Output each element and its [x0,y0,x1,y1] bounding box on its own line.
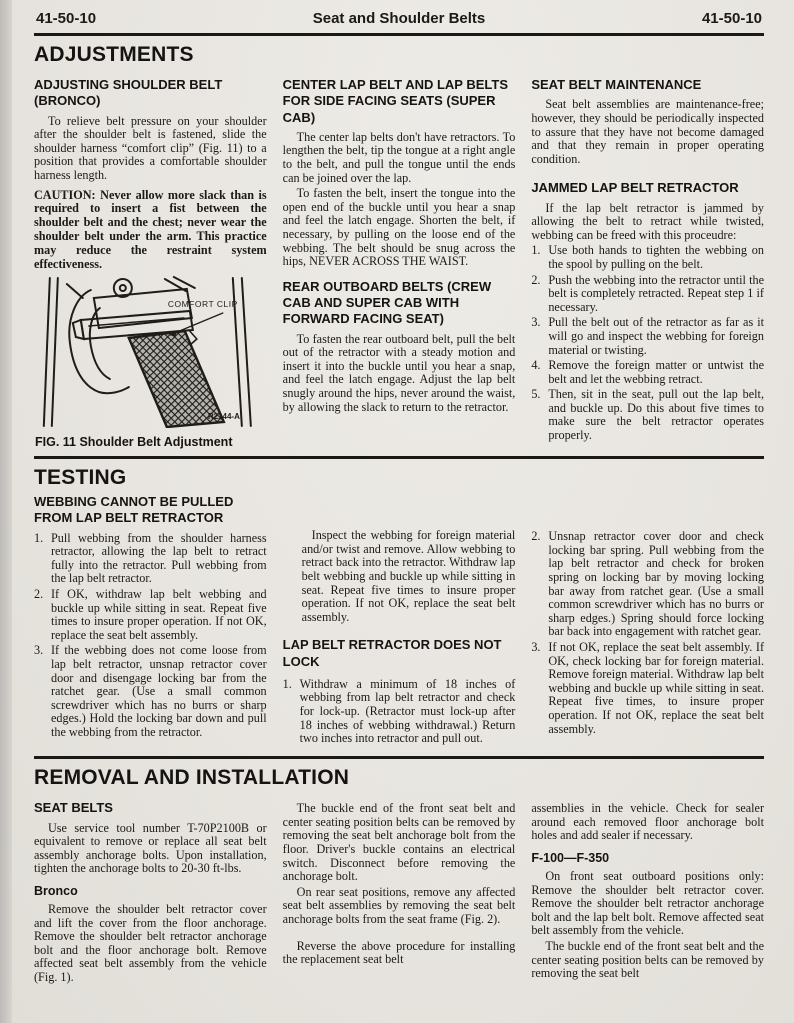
shoulder-belt-diagram: COMFORT CLIP R2144-A [34,276,267,428]
list-text: If OK, withdraw lap belt webbing and buc… [51,588,267,642]
list-number: 3. [34,644,51,739]
list-number: 1. [283,678,300,746]
door-pillar-left [44,278,50,426]
body-paragraph: If the lap belt retractor is jammed by a… [531,202,764,243]
section-title-removal: REMOVAL AND INSTALLATION [34,766,764,789]
header-rule [34,33,764,36]
scan-edge-shadow [0,0,12,1023]
webbing-test-steps: 1.Pull webbing from the shoulder harness… [34,532,267,740]
list-item: 3.If the webbing does not come loose fro… [34,644,267,739]
figure-ref-code: R2144-A [208,412,240,421]
list-text: Pull the belt out of the retractor as fa… [548,316,764,357]
list-item: 1.Pull webbing from the shoulder harness… [34,532,267,586]
list-number: 5. [531,388,548,442]
list-text: If not OK, replace the seat belt assembl… [548,641,764,736]
figure-shoulder-belt-adjustment: COMFORT CLIP R2144-A FIG. 11 Shoulder Be… [34,276,267,449]
body-paragraph: Reverse the above procedure for installi… [283,940,516,967]
removal-col-2: The buckle end of the front seat belt an… [283,802,516,986]
list-text: If the webbing does not come loose from … [51,644,267,739]
removal-col-1: SEAT BELTS Use service tool number T-70P… [34,798,267,986]
list-text: Push the webbing into the retractor unti… [548,274,764,315]
no-lock-steps-continued: 2.Unsnap retractor cover door and check … [531,530,764,736]
subheading-seat-belt-maintenance: SEAT BELT MAINTENANCE [531,77,764,93]
body-paragraph: The center lap belts don't have retracto… [283,131,516,185]
list-text: Remove the foreign matter or untwist the… [548,359,764,386]
removal-columns: SEAT BELTS Use service tool number T-70P… [34,798,764,986]
list-number: 1. [531,244,548,271]
list-item: 1.Use both hands to tighten the webbing … [531,244,764,271]
list-number: 3. [531,316,548,357]
testing-columns: WEBBING CANNOT BE PULLED FROM LAP BELT R… [34,498,764,750]
body-paragraph: On rear seat positions, remove any affec… [283,886,516,927]
callout-leader-line [170,313,223,335]
body-paragraph: The buckle end of the front seat belt an… [283,802,516,884]
subheading-webbing-cannot-be-pulled: WEBBING CANNOT BE PULLED FROM LAP BELT R… [34,494,267,527]
list-number: 1. [34,532,51,586]
figure-caption: FIG. 11 Shoulder Belt Adjustment [35,435,267,449]
body-paragraph: To fasten the rear outboard belt, pull t… [283,333,516,415]
list-item: 2.Push the webbing into the retractor un… [531,274,764,315]
jammed-retractor-steps: 1.Use both hands to tighten the webbing … [531,244,764,442]
subheading-rear-outboard-belts: REAR OUTBOARD BELTS (CREW CAB AND SUPER … [283,279,516,328]
body-paragraph: assemblies in the vehicle. Check for sea… [531,802,764,843]
comfort-clip-nub [73,320,84,339]
subheading-jammed-lap-belt-retractor: JAMMED LAP BELT RETRACTOR [531,180,764,196]
testing-col-3: 2.Unsnap retractor cover door and check … [531,529,764,750]
list-text: Then, sit in the seat, pull out the lap … [548,388,764,442]
page-number-right: 41-50-10 [702,10,762,27]
body-paragraph: Inspect the webbing for foreign material… [302,529,516,624]
testing-col-2: Inspect the webbing for foreign material… [283,529,516,750]
adjustments-col-2: CENTER LAP BELT AND LAP BELTS FOR SIDE F… [283,75,516,456]
subheading-f100-f350: F-100—F-350 [531,851,764,866]
list-number: 4. [531,359,548,386]
testing-col-1: WEBBING CANNOT BE PULLED FROM LAP BELT R… [34,498,267,750]
page-header: 41-50-10 Seat and Shoulder Belts 41-50-1… [34,6,764,33]
manual-page: 41-50-10 Seat and Shoulder Belts 41-50-1… [12,0,794,1023]
subheading-bronco: Bronco [34,884,267,899]
list-number: 3. [531,641,548,736]
body-paragraph: The buckle end of the front seat belt an… [531,940,764,981]
list-text: Withdraw a minimum of 18 inches of webbi… [300,678,516,746]
adjustments-columns: ADJUSTING SHOULDER BELT (BRONCO) To reli… [34,75,764,456]
list-item: 1.Withdraw a minimum of 18 inches of web… [283,678,516,746]
no-lock-steps: 1.Withdraw a minimum of 18 inches of web… [283,678,516,746]
body-paragraph: On front seat outboard positions only: R… [531,870,764,938]
seat-outline [69,290,129,393]
list-item: 4.Remove the foreign matter or untwist t… [531,359,764,386]
subheading-center-lap-belt: CENTER LAP BELT AND LAP BELTS FOR SIDE F… [283,77,516,126]
adjustments-col-1: ADJUSTING SHOULDER BELT (BRONCO) To reli… [34,75,267,456]
list-text: Use both hands to tighten the webbing on… [548,244,764,271]
list-number: 2. [531,274,548,315]
list-item: 3.Pull the belt out of the retractor as … [531,316,764,357]
subheading-lap-belt-retractor-does-not-lock: LAP BELT RETRACTOR DOES NOT LOCK [283,637,516,670]
body-paragraph: To relieve belt pressure on your shoulde… [34,115,267,183]
section-title-adjustments: ADJUSTMENTS [34,43,764,66]
body-paragraph: To fasten the belt, insert the tongue in… [283,187,516,269]
subheading-seat-belts: SEAT BELTS [34,800,267,816]
door-pillar-right [242,278,251,426]
section-title-testing: TESTING [34,466,764,489]
list-text: Unsnap retractor cover door and check lo… [548,530,764,639]
list-item: 5.Then, sit in the seat, pull out the la… [531,388,764,442]
body-line [67,284,83,298]
body-paragraph: Seat belt assemblies are maintenance-fre… [531,98,764,166]
page-number-left: 41-50-10 [36,10,96,27]
list-text: Pull webbing from the shoulder harness r… [51,532,267,586]
list-item: 2.If OK, withdraw lap belt webbing and b… [34,588,267,642]
list-number: 2. [531,530,548,639]
body-paragraph: Use service tool number T-70P2100B or eq… [34,822,267,876]
body-paragraph: Remove the shoulder belt retractor cover… [34,903,267,985]
page-title: Seat and Shoulder Belts [96,10,702,27]
list-item: 2.Unsnap retractor cover door and check … [531,530,764,639]
door-pillar-left [52,278,58,426]
list-item: 3.If not OK, replace the seat belt assem… [531,641,764,736]
section-divider [34,456,764,459]
adjustments-col-3: SEAT BELT MAINTENANCE Seat belt assembli… [531,75,764,456]
comfort-clip-callout: COMFORT CLIP [168,299,238,309]
subheading-adjusting-shoulder-belt: ADJUSTING SHOULDER BELT (BRONCO) [34,77,267,110]
section-divider [34,756,764,759]
list-number: 2. [34,588,51,642]
removal-col-3: assemblies in the vehicle. Check for sea… [531,802,764,986]
anchor-bolt-center [120,285,126,291]
caution-paragraph: CAUTION: Never allow more slack than is … [34,189,267,272]
